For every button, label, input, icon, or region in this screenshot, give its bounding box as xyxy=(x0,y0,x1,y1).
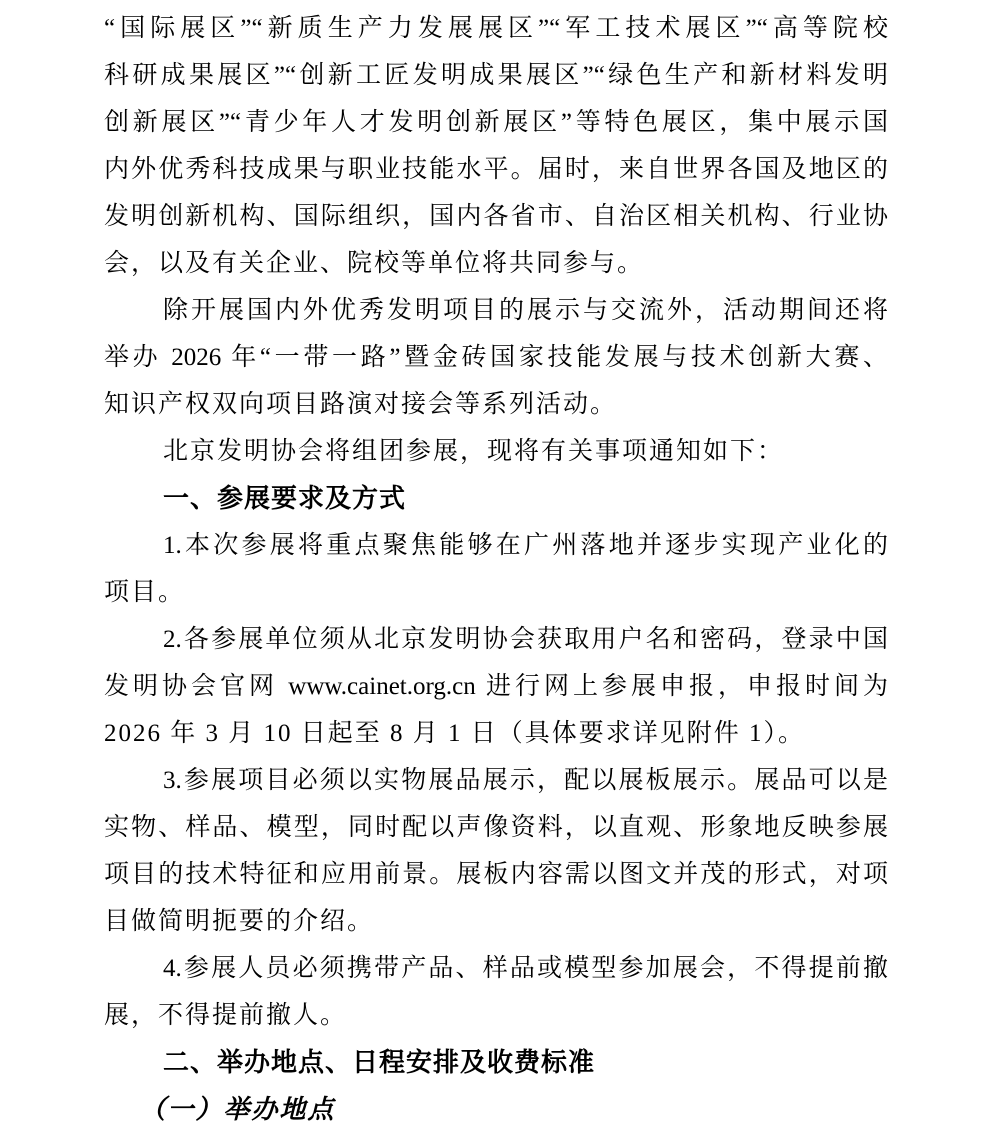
text-line: （一）举办地点 xyxy=(104,1086,888,1129)
text-line: 内外优秀科技成果与职业技能水平。届时，来自世界各国及地区的 xyxy=(104,146,888,193)
text-line: 实物、样品、模型，同时配以声像资料，以直观、形象地反映参展 xyxy=(104,804,888,851)
text-line: 4.参展人员必须携带产品、样品或模型参加展会，不得提前撤 xyxy=(104,945,888,992)
text-line: 2.各参展单位须从北京发明协会获取用户名和密码，登录中国 xyxy=(104,616,888,663)
text-line: 1.本次参展将重点聚焦能够在广州落地并逐步实现产业化的 xyxy=(104,522,888,569)
text-line: 北京发明协会将组团参展，现将有关事项通知如下： xyxy=(104,428,888,475)
text-line: 3.参展项目必须以实物展品展示，配以展板展示。展品可以是 xyxy=(104,757,888,804)
text-line: 除开展国内外优秀发明项目的展示与交流外，活动期间还将 xyxy=(104,287,888,334)
document-page: “国际展区”“新质生产力发展展区”“军工技术展区”“高等院校科研成果展区”“创新… xyxy=(0,0,1000,1129)
text-line: 项目的技术特征和应用前景。展板内容需以图文并茂的形式，对项 xyxy=(104,851,888,898)
text-line: 创新展区”“青少年人才发明创新展区”等特色展区，集中展示国 xyxy=(104,99,888,146)
text-line: 2026 年 3 月 10 日起至 8 月 1 日（具体要求详见附件 1）。 xyxy=(104,710,888,757)
text-line: 目做简明扼要的介绍。 xyxy=(104,898,888,945)
text-line: 发明创新机构、国际组织，国内各省市、自治区相关机构、行业协 xyxy=(104,193,888,240)
text-line: 科研成果展区”“创新工匠发明成果展区”“绿色生产和新材料发明 xyxy=(104,52,888,99)
text-line: 发明协会官网 www.cainet.org.cn 进行网上参展申报，申报时间为 xyxy=(104,663,888,710)
text-line: 举办 2026 年“一带一路”暨金砖国家技能发展与技术创新大赛、 xyxy=(104,334,888,381)
text-line: 知识产权双向项目路演对接会等系列活动。 xyxy=(104,381,888,428)
text-line: “国际展区”“新质生产力发展展区”“军工技术展区”“高等院校 xyxy=(104,5,888,52)
text-line: 一、参展要求及方式 xyxy=(104,475,888,522)
text-line: 二、举办地点、日程安排及收费标准 xyxy=(104,1039,888,1086)
text-line: 展，不得提前撤人。 xyxy=(104,992,888,1039)
text-line: 项目。 xyxy=(104,569,888,616)
document-text: “国际展区”“新质生产力发展展区”“军工技术展区”“高等院校科研成果展区”“创新… xyxy=(104,5,888,1129)
text-line: 会，以及有关企业、院校等单位将共同参与。 xyxy=(104,240,888,287)
